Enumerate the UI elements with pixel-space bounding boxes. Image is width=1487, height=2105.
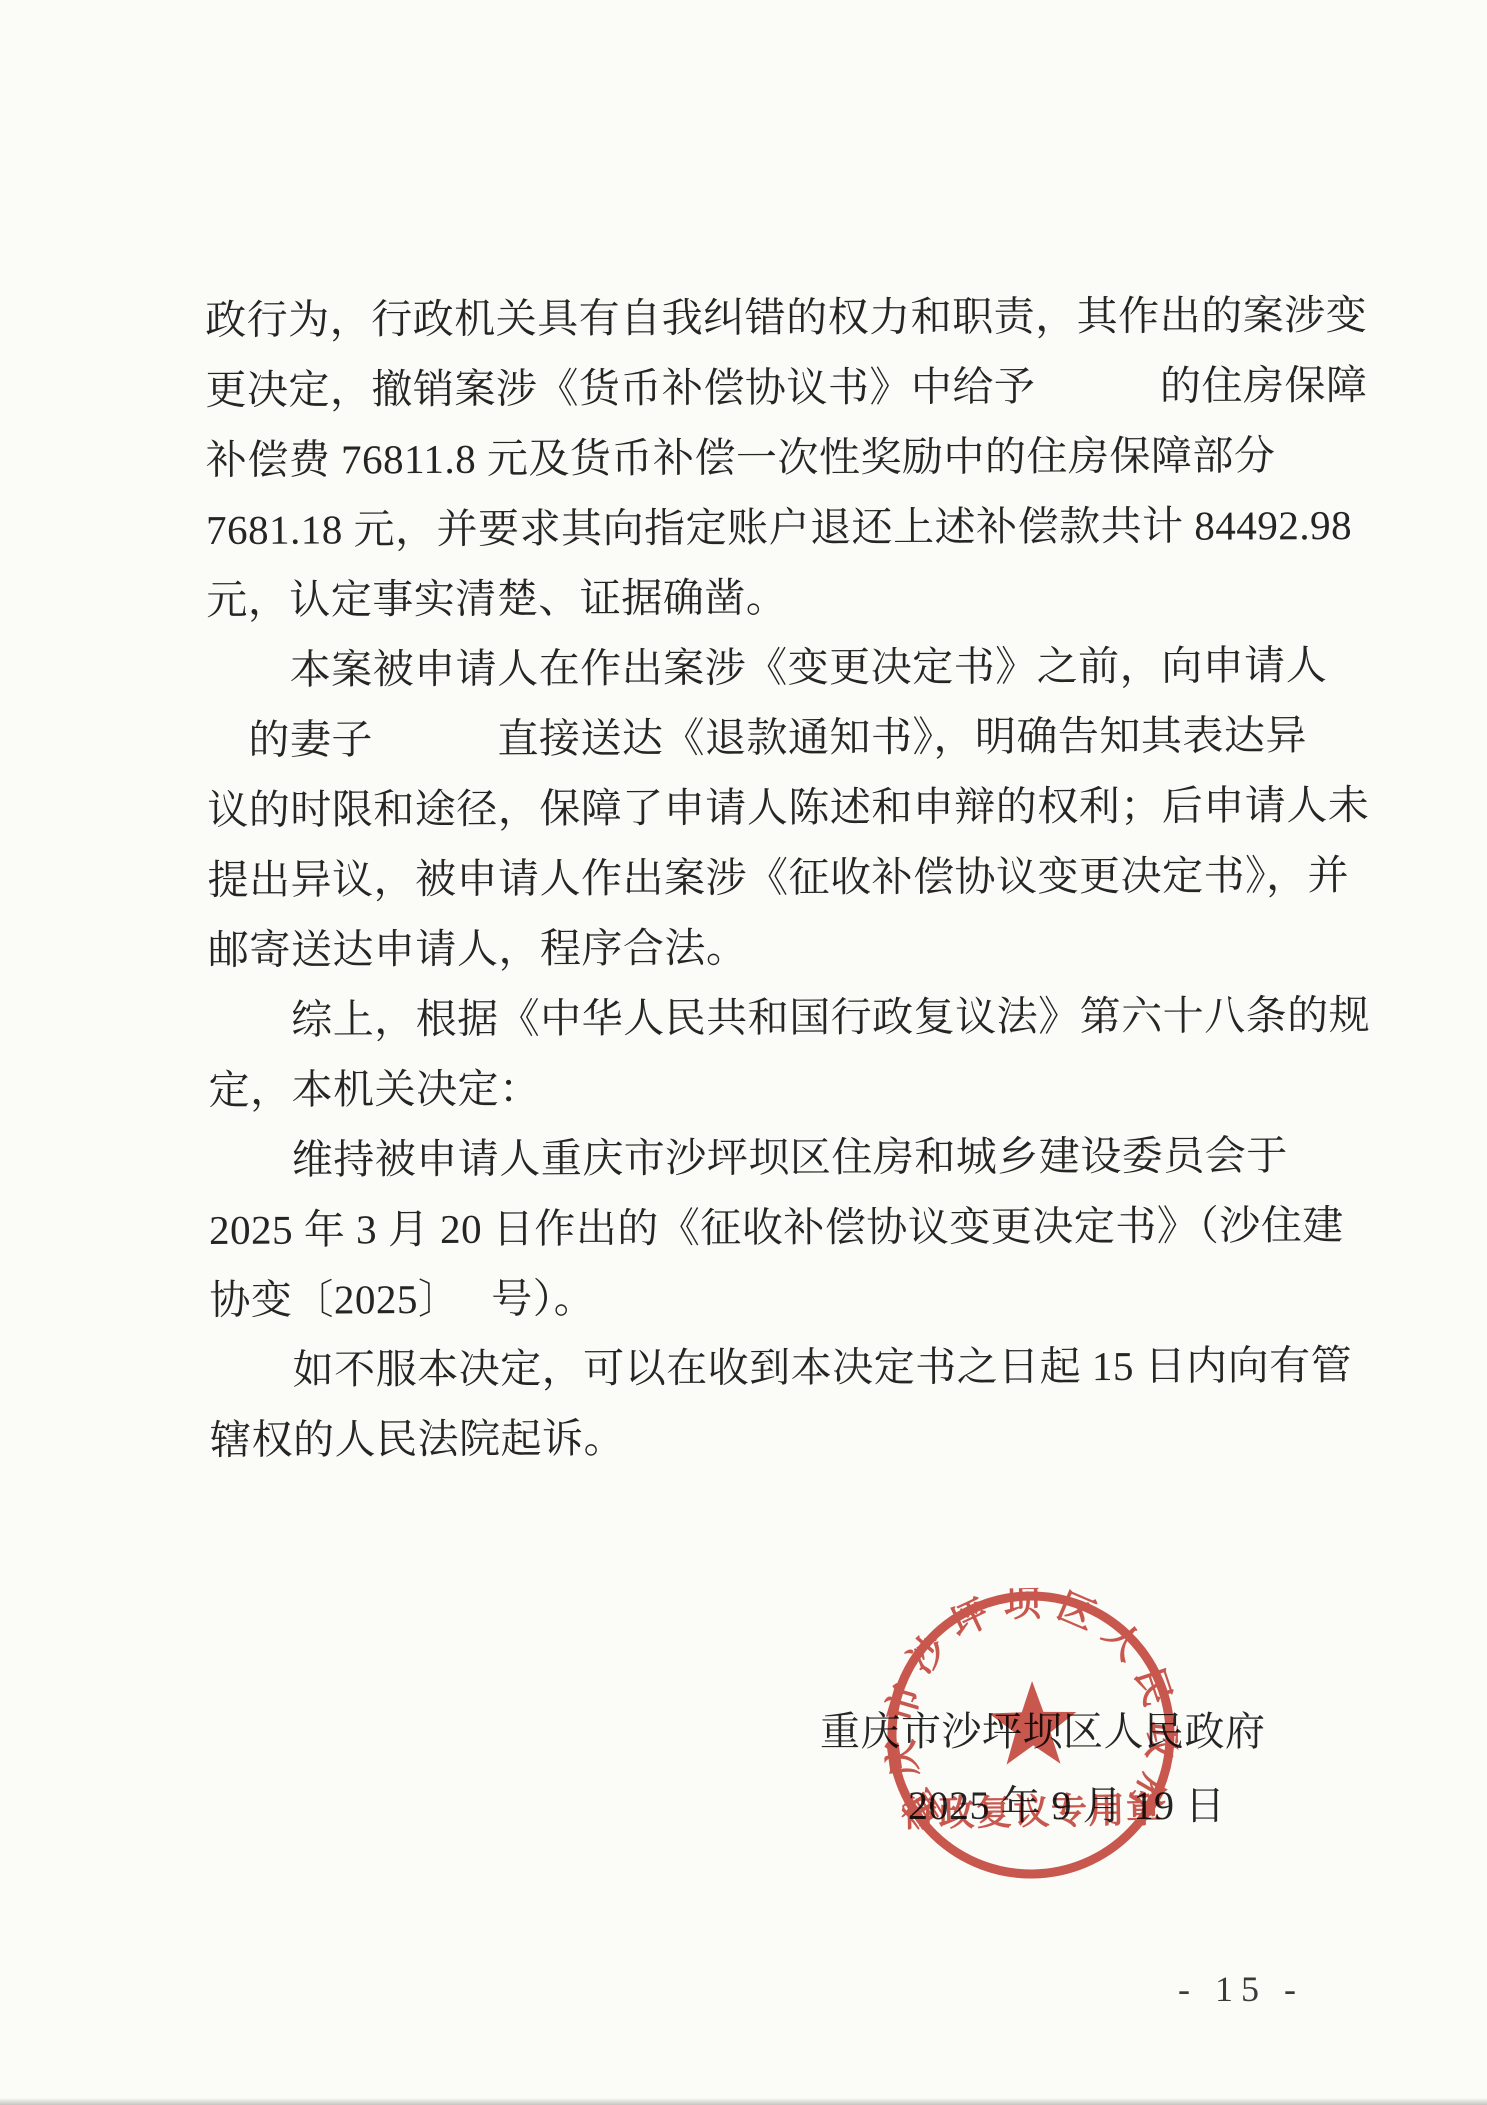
text-line: 本案被申请人在作出案涉《变更决定书》之前，向申请人 (207, 630, 1337, 705)
text-line: 辖权的人民法院起诉。 (210, 1400, 1340, 1475)
page-number: - 15 - (1178, 1968, 1304, 2010)
text-line: 综上，根据《中华人民共和国行政复议法》第六十八条的规 (208, 980, 1338, 1055)
seal-star-icon (988, 1680, 1077, 1765)
text-line: 定，本机关决定： (208, 1050, 1338, 1125)
text-line: 的妻子 直接送达《退款通知书》，明确告知其表达异 (207, 700, 1337, 775)
text-line: 补偿费 76811.8 元及货币补偿一次性奖励中的住房保障部分 (206, 420, 1336, 495)
text-line: 邮寄送达申请人，程序合法。 (208, 910, 1338, 985)
text-line: 元，认定事实清楚、证据确凿。 (206, 560, 1336, 635)
text-line: 如不服本决定，可以在收到本决定书之日起 15 日内向有管 (210, 1330, 1340, 1405)
text-line: 2025 年 3 月 20 日作出的《征收补偿协议变更决定书》（沙住建 (209, 1190, 1339, 1265)
text-line: 更决定，撤销案涉《货币补偿协议书》中给予 的住房保障 (205, 350, 1335, 425)
text-line: 政行为，行政机关具有自我纠错的权力和职责，其作出的案涉变 (205, 280, 1335, 355)
official-seal: 重庆市沙坪坝区人民政府 行政复议专用章 (881, 1585, 1180, 1884)
text-line: 协变〔2025〕 号）。 (209, 1260, 1339, 1335)
seal-center-text: 行政复议专用章 (901, 1789, 1164, 1835)
text-line: 维持被申请人重庆市沙坪坝区住房和城乡建设委员会于 (209, 1120, 1339, 1195)
scan-edge-shadow (0, 2098, 1487, 2105)
decision-body: 政行为，行政机关具有自我纠错的权力和职责，其作出的案涉变 更决定，撤销案涉《货币… (205, 280, 1340, 1475)
text-line: 7681.18 元，并要求其向指定账户退还上述补偿款共计 84492.98 (206, 490, 1336, 565)
text-line: 议的时限和途径，保障了申请人陈述和申辩的权利；后申请人未 (207, 770, 1337, 845)
document-page: 政行为，行政机关具有自我纠错的权力和职责，其作出的案涉变 更决定，撤销案涉《货币… (0, 0, 1487, 2105)
text-line: 提出异议，被申请人作出案涉《征收补偿协议变更决定书》，并 (207, 840, 1337, 915)
